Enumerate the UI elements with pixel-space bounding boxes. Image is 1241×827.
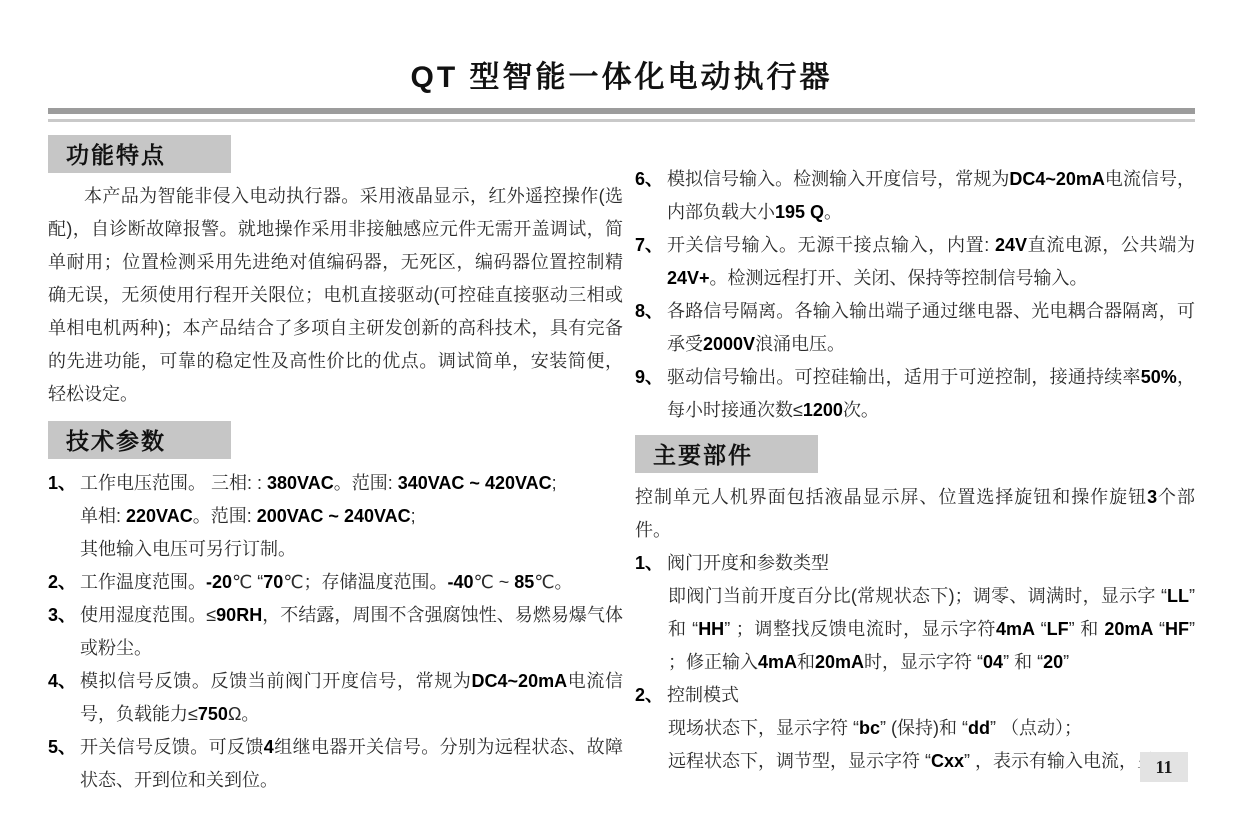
spec-item-9: 9、 驱动信号输出。可控硅输出，适用于可逆控制，接通持续率50%，每小时接通次数… [635, 361, 1195, 427]
parts-intro: 控制单元人机界面包括液晶显示屏、位置选择旋钮和操作旋钮3个部件。 [635, 481, 1195, 547]
features-paragraph: 本产品为智能非侵入电动执行器。采用液晶显示，红外遥控操作(选配)，自诊断故障报警… [48, 180, 623, 411]
page-number: 11 [1155, 757, 1172, 778]
spec-item-4: 4、 模拟信号反馈。反馈当前阀门开度信号，常规为DC4~20mA电流信号，负载能… [48, 665, 623, 731]
title-divider-thin [48, 119, 1195, 122]
part-item-1: 1、 阀门开度和参数类型 即阀门当前开度百分比(常规状态下)；调零、调满时，显示… [635, 547, 1195, 679]
part-title-text: 阀门开度和参数类型 [667, 553, 829, 573]
item-text: 模拟信号反馈。反馈当前阀门开度信号，常规为DC4~20mA电流信号，负载能力≤7… [80, 671, 623, 724]
spec-item-3: 3、 使用湿度范围。≤90RH，不结露，周围不含强腐蚀性、易燃易爆气体或粉尘。 [48, 599, 623, 665]
left-column: 功能特点 本产品为智能非侵入电动执行器。采用液晶显示，红外遥控操作(选配)，自诊… [48, 135, 623, 797]
item-number: 2、 [635, 679, 663, 712]
item-number: 2、 [48, 566, 76, 599]
io-list: 6、 模拟信号输入。检测输入开度信号，常规为DC4~20mA电流信号，内部负载大… [635, 163, 1195, 427]
spec-item-8: 8、 各路信号隔离。各输入输出端子通过继电器、光电耦合器隔离，可承受2000V浪… [635, 295, 1195, 361]
right-column: 6、 模拟信号输入。检测输入开度信号，常规为DC4~20mA电流信号，内部负载大… [635, 135, 1195, 797]
item-text: 使用湿度范围。≤90RH，不结露，周围不含强腐蚀性、易燃易爆气体或粉尘。 [80, 605, 623, 658]
item-number: 1、 [48, 467, 76, 500]
part-item-title: 2、 控制模式 [635, 679, 1195, 712]
part-item-title: 1、 阀门开度和参数类型 [635, 547, 1195, 580]
part-item-2: 2、 控制模式 现场状态下，显示字符 “bc” (保持)和 “dd” （点动）；… [635, 679, 1195, 778]
item-text: 模拟信号输入。检测输入开度信号，常规为DC4~20mA电流信号，内部负载大小19… [667, 169, 1195, 222]
item-number: 9、 [635, 361, 663, 394]
item-text: 开关信号输入。无源干接点输入，内置: 24V直流电源，公共端为24V+。检测远程… [667, 235, 1195, 288]
item-text: 驱动信号输出。可控硅输出，适用于可逆控制，接通持续率50%，每小时接通次数≤12… [667, 367, 1195, 420]
page-number-badge: 11 [1140, 752, 1188, 782]
item-number: 3、 [48, 599, 76, 632]
document-page: QT 型智能一体化电动执行器 功能特点 本产品为智能非侵入电动执行器。采用液晶显… [0, 0, 1241, 827]
item-number: 5、 [48, 731, 76, 764]
spec-item-5: 5、 开关信号反馈。可反馈4组继电器开关信号。分别为远程状态、故障状态、开到位和… [48, 731, 623, 797]
item-number: 1、 [635, 547, 663, 580]
two-column-layout: 功能特点 本产品为智能非侵入电动执行器。采用液晶显示，红外遥控操作(选配)，自诊… [48, 135, 1195, 797]
spec-item-2: 2、 工作温度范围。-20℃ “70℃；存储温度范围。-40℃ ~ 85℃。 [48, 566, 623, 599]
section-heading-parts: 主要部件 [635, 435, 818, 473]
part-item-body: 现场状态下，显示字符 “bc” (保持)和 “dd” （点动）；远程状态下，调节… [668, 712, 1195, 778]
specs-list: 1、 工作电压范围。 三相: : 380VAC。范围: 340VAC ~ 420… [48, 467, 623, 797]
item-text: 开关信号反馈。可反馈4组继电器开关信号。分别为远程状态、故障状态、开到位和关到位… [80, 737, 623, 790]
part-item-body: 即阀门当前开度百分比(常规状态下)；调零、调满时，显示字 “LL” 和 “HH”… [668, 580, 1195, 679]
item-text: 工作电压范围。 三相: : 380VAC。范围: 340VAC ~ 420VAC… [80, 473, 557, 559]
page-title: QT 型智能一体化电动执行器 [48, 52, 1195, 96]
item-text: 各路信号隔离。各输入输出端子通过继电器、光电耦合器隔离，可承受2000V浪涌电压… [667, 301, 1195, 354]
section-heading-specs: 技术参数 [48, 421, 231, 459]
item-number: 4、 [48, 665, 76, 698]
item-text: 工作温度范围。-20℃ “70℃；存储温度范围。-40℃ ~ 85℃。 [80, 572, 572, 592]
spec-item-1: 1、 工作电压范围。 三相: : 380VAC。范围: 340VAC ~ 420… [48, 467, 623, 566]
title-divider-thick [48, 108, 1195, 114]
part-title-text: 控制模式 [667, 685, 739, 705]
item-number: 6、 [635, 163, 663, 196]
spec-item-6: 6、 模拟信号输入。检测输入开度信号，常规为DC4~20mA电流信号，内部负载大… [635, 163, 1195, 229]
item-number: 7、 [635, 229, 663, 262]
item-number: 8、 [635, 295, 663, 328]
section-heading-features: 功能特点 [48, 135, 231, 173]
spec-item-7: 7、 开关信号输入。无源干接点输入，内置: 24V直流电源，公共端为24V+。检… [635, 229, 1195, 295]
